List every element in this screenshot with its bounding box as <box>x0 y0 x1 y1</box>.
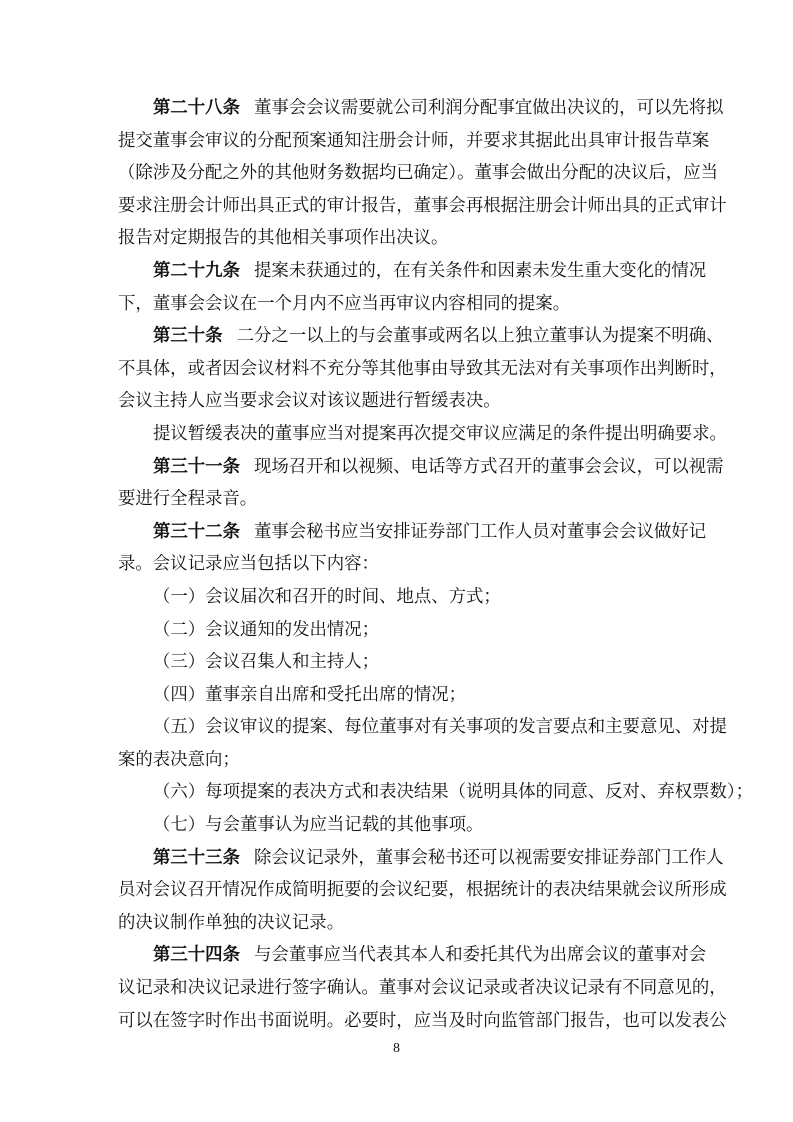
list-item-2: （二）会议通知的发出情况； <box>118 614 674 647</box>
article-line: 可以在签字时作出书面说明。必要时，应当及时向监管部门报告，也可以发表公 <box>118 1005 674 1038</box>
list-item-3: （三）会议召集人和主持人； <box>118 646 674 679</box>
list-item-1: （一）会议届次和召开的时间、地点、方式； <box>118 581 674 614</box>
article-line: 的决议制作单独的决议记录。 <box>118 907 674 940</box>
article-line: （五）会议审议的提案、每位董事对有关事项的发言要点和主要意见、对提 <box>118 711 674 744</box>
list-item-4: （四）董事亲自出席和受托出席的情况； <box>118 679 674 712</box>
article-line: 会议主持人应当要求会议对该议题进行暂缓表决。 <box>118 385 674 418</box>
article-30-supplement: 提议暂缓表决的董事应当对提案再次提交审议应满足的条件提出明确要求。 <box>118 418 674 451</box>
article-line: 要进行全程录音。 <box>118 483 674 516</box>
article-heading: 第二十九条 <box>153 261 240 281</box>
article-34: 第三十四条与会董事应当代表其本人和委托其代为出席会议的董事对会 议记录和决议记录… <box>118 939 674 1037</box>
article-heading: 第三十三条 <box>153 848 240 868</box>
list-item-5: （五）会议审议的提案、每位董事对有关事项的发言要点和主要意见、对提 案的表决意向… <box>118 711 674 776</box>
article-heading: 第三十二条 <box>153 522 240 542</box>
article-line: 第三十四条与会董事应当代表其本人和委托其代为出席会议的董事对会 <box>118 939 674 972</box>
article-line: 提交董事会审议的分配预案通知注册会计师，并要求其据此出具审计报告草案 <box>118 125 674 158</box>
article-line: 第三十一条现场召开和以视频、电话等方式召开的董事会会议，可以视需 <box>118 451 674 484</box>
article-heading: 第三十四条 <box>153 945 240 965</box>
article-line: 案的表决意向； <box>118 744 674 777</box>
article-line: 下，董事会会议在一个月内不应当再审议内容相同的提案。 <box>118 288 674 321</box>
article-heading: 第三十条 <box>153 326 223 346</box>
page-number: 8 <box>0 1041 793 1057</box>
article-heading: 第二十八条 <box>153 98 240 118</box>
article-31: 第三十一条现场召开和以视频、电话等方式召开的董事会会议，可以视需 要进行全程录音… <box>118 451 674 516</box>
article-line: 不具体，或者因会议材料不充分等其他事由导致其无法对有关事项作出判断时， <box>118 353 674 386</box>
article-28: 第二十八条董事会会议需要就公司利润分配事宜做出决议的，可以先将拟 提交董事会审议… <box>118 92 674 255</box>
article-line: 第三十二条董事会秘书应当安排证券部门工作人员对董事会会议做好记 <box>118 516 674 549</box>
article-line: 员对会议召开情况作成简明扼要的会议纪要，根据统计的表决结果就会议所形成 <box>118 874 674 907</box>
article-32: 第三十二条董事会秘书应当安排证券部门工作人员对董事会会议做好记 录。会议记录应当… <box>118 516 674 581</box>
article-line: 第三十三条除会议记录外，董事会秘书还可以视需要安排证券部门工作人 <box>118 842 674 875</box>
list-item-6: （六）每项提案的表决方式和表决结果（说明具体的同意、反对、弃权票数）； <box>118 776 674 809</box>
article-33: 第三十三条除会议记录外，董事会秘书还可以视需要安排证券部门工作人 员对会议召开情… <box>118 842 674 940</box>
article-text: 与会董事应当代表其本人和委托其代为出席会议的董事对会 <box>254 945 706 965</box>
article-line: （除涉及分配之外的其他财务数据均已确定）。董事会做出分配的决议后，应当 <box>118 157 674 190</box>
list-item-7: （七）与会董事认为应当记载的其他事项。 <box>118 809 674 842</box>
article-text: 董事会秘书应当安排证券部门工作人员对董事会会议做好记 <box>254 522 706 542</box>
article-29: 第二十九条提案未获通过的，在有关条件和因素未发生重大变化的情况 下，董事会会议在… <box>118 255 674 320</box>
document-page: 第二十八条董事会会议需要就公司利润分配事宜做出决议的，可以先将拟 提交董事会审议… <box>118 92 674 1037</box>
article-line: 第二十八条董事会会议需要就公司利润分配事宜做出决议的，可以先将拟 <box>118 92 674 125</box>
article-line: 第二十九条提案未获通过的，在有关条件和因素未发生重大变化的情况 <box>118 255 674 288</box>
article-line: 第三十条二分之一以上的与会董事或两名以上独立董事认为提案不明确、 <box>118 320 674 353</box>
article-text: 二分之一以上的与会董事或两名以上独立董事认为提案不明确、 <box>237 326 724 346</box>
article-line: 要求注册会计师出具正式的审计报告，董事会再根据注册会计师出具的正式审计 <box>118 190 674 223</box>
article-heading: 第三十一条 <box>153 457 240 477</box>
article-30: 第三十条二分之一以上的与会董事或两名以上独立董事认为提案不明确、 不具体，或者因… <box>118 320 674 418</box>
article-text: 除会议记录外，董事会秘书还可以视需要安排证券部门工作人 <box>254 848 724 868</box>
article-text: 提案未获通过的，在有关条件和因素未发生重大变化的情况 <box>254 261 706 281</box>
article-text: 董事会会议需要就公司利润分配事宜做出决议的，可以先将拟 <box>254 98 724 118</box>
article-line: 议记录和决议记录进行签字确认。董事对会议记录或者决议记录有不同意见的， <box>118 972 674 1005</box>
article-line: 录。会议记录应当包括以下内容： <box>118 548 674 581</box>
article-text: 现场召开和以视频、电话等方式召开的董事会会议，可以视需 <box>254 457 724 477</box>
article-line: 报告对定期报告的其他相关事项作出决议。 <box>118 222 674 255</box>
